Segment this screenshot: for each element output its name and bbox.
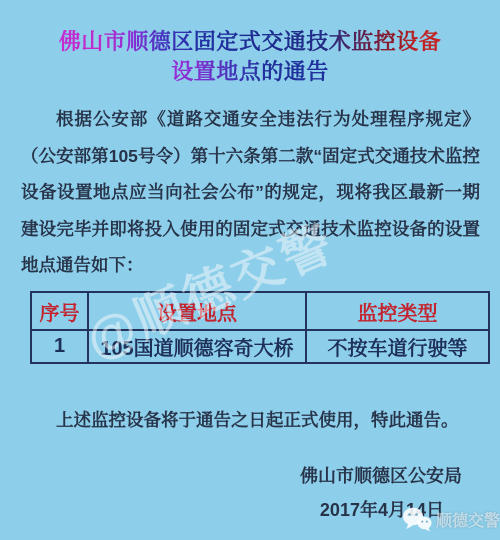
issue-date: 2017年4月14日 xyxy=(320,496,444,522)
closing-paragraph: 上述监控设备将于通告之日起正式使用，特此通告。 xyxy=(21,406,480,434)
header-monitor-type: 监控类型 xyxy=(306,292,489,330)
table-row: 1 105国道顺德容奇大桥 不按车道行驶等 xyxy=(31,330,489,363)
issuer-signature: 佛山市顺德区公安局 xyxy=(300,462,462,488)
cell-serial-number: 1 xyxy=(31,330,88,363)
notice-title: 佛山市顺德区固定式交通技术监控设备 设置地点的通告 xyxy=(0,27,500,87)
cell-monitor-type: 不按车道行驶等 xyxy=(306,330,489,363)
header-serial-number: 序号 xyxy=(31,292,88,330)
title-line-1: 佛山市顺德区固定式交通技术监控设备 xyxy=(59,27,442,57)
header-location: 设置地点 xyxy=(88,292,306,330)
table-header-row: 序号 设置地点 监控类型 xyxy=(31,292,489,330)
notice-body-paragraph: 根据公安部《道路交通安全违法行为处理程序规定》（公安部第105号令）第十六条第二… xyxy=(21,101,480,284)
corner-watermark-label: 顺德交警 xyxy=(436,508,500,531)
cell-location: 105国道顺德容奇大桥 xyxy=(88,330,306,363)
notice-document: 佛山市顺德区固定式交通技术监控设备 设置地点的通告 @顺德交警 根据公安部《道路… xyxy=(0,0,500,540)
title-line-2: 设置地点的通告 xyxy=(171,57,329,87)
device-location-table: 序号 设置地点 监控类型 1 105国道顺德容奇大桥 不按车道行驶等 xyxy=(30,291,490,364)
